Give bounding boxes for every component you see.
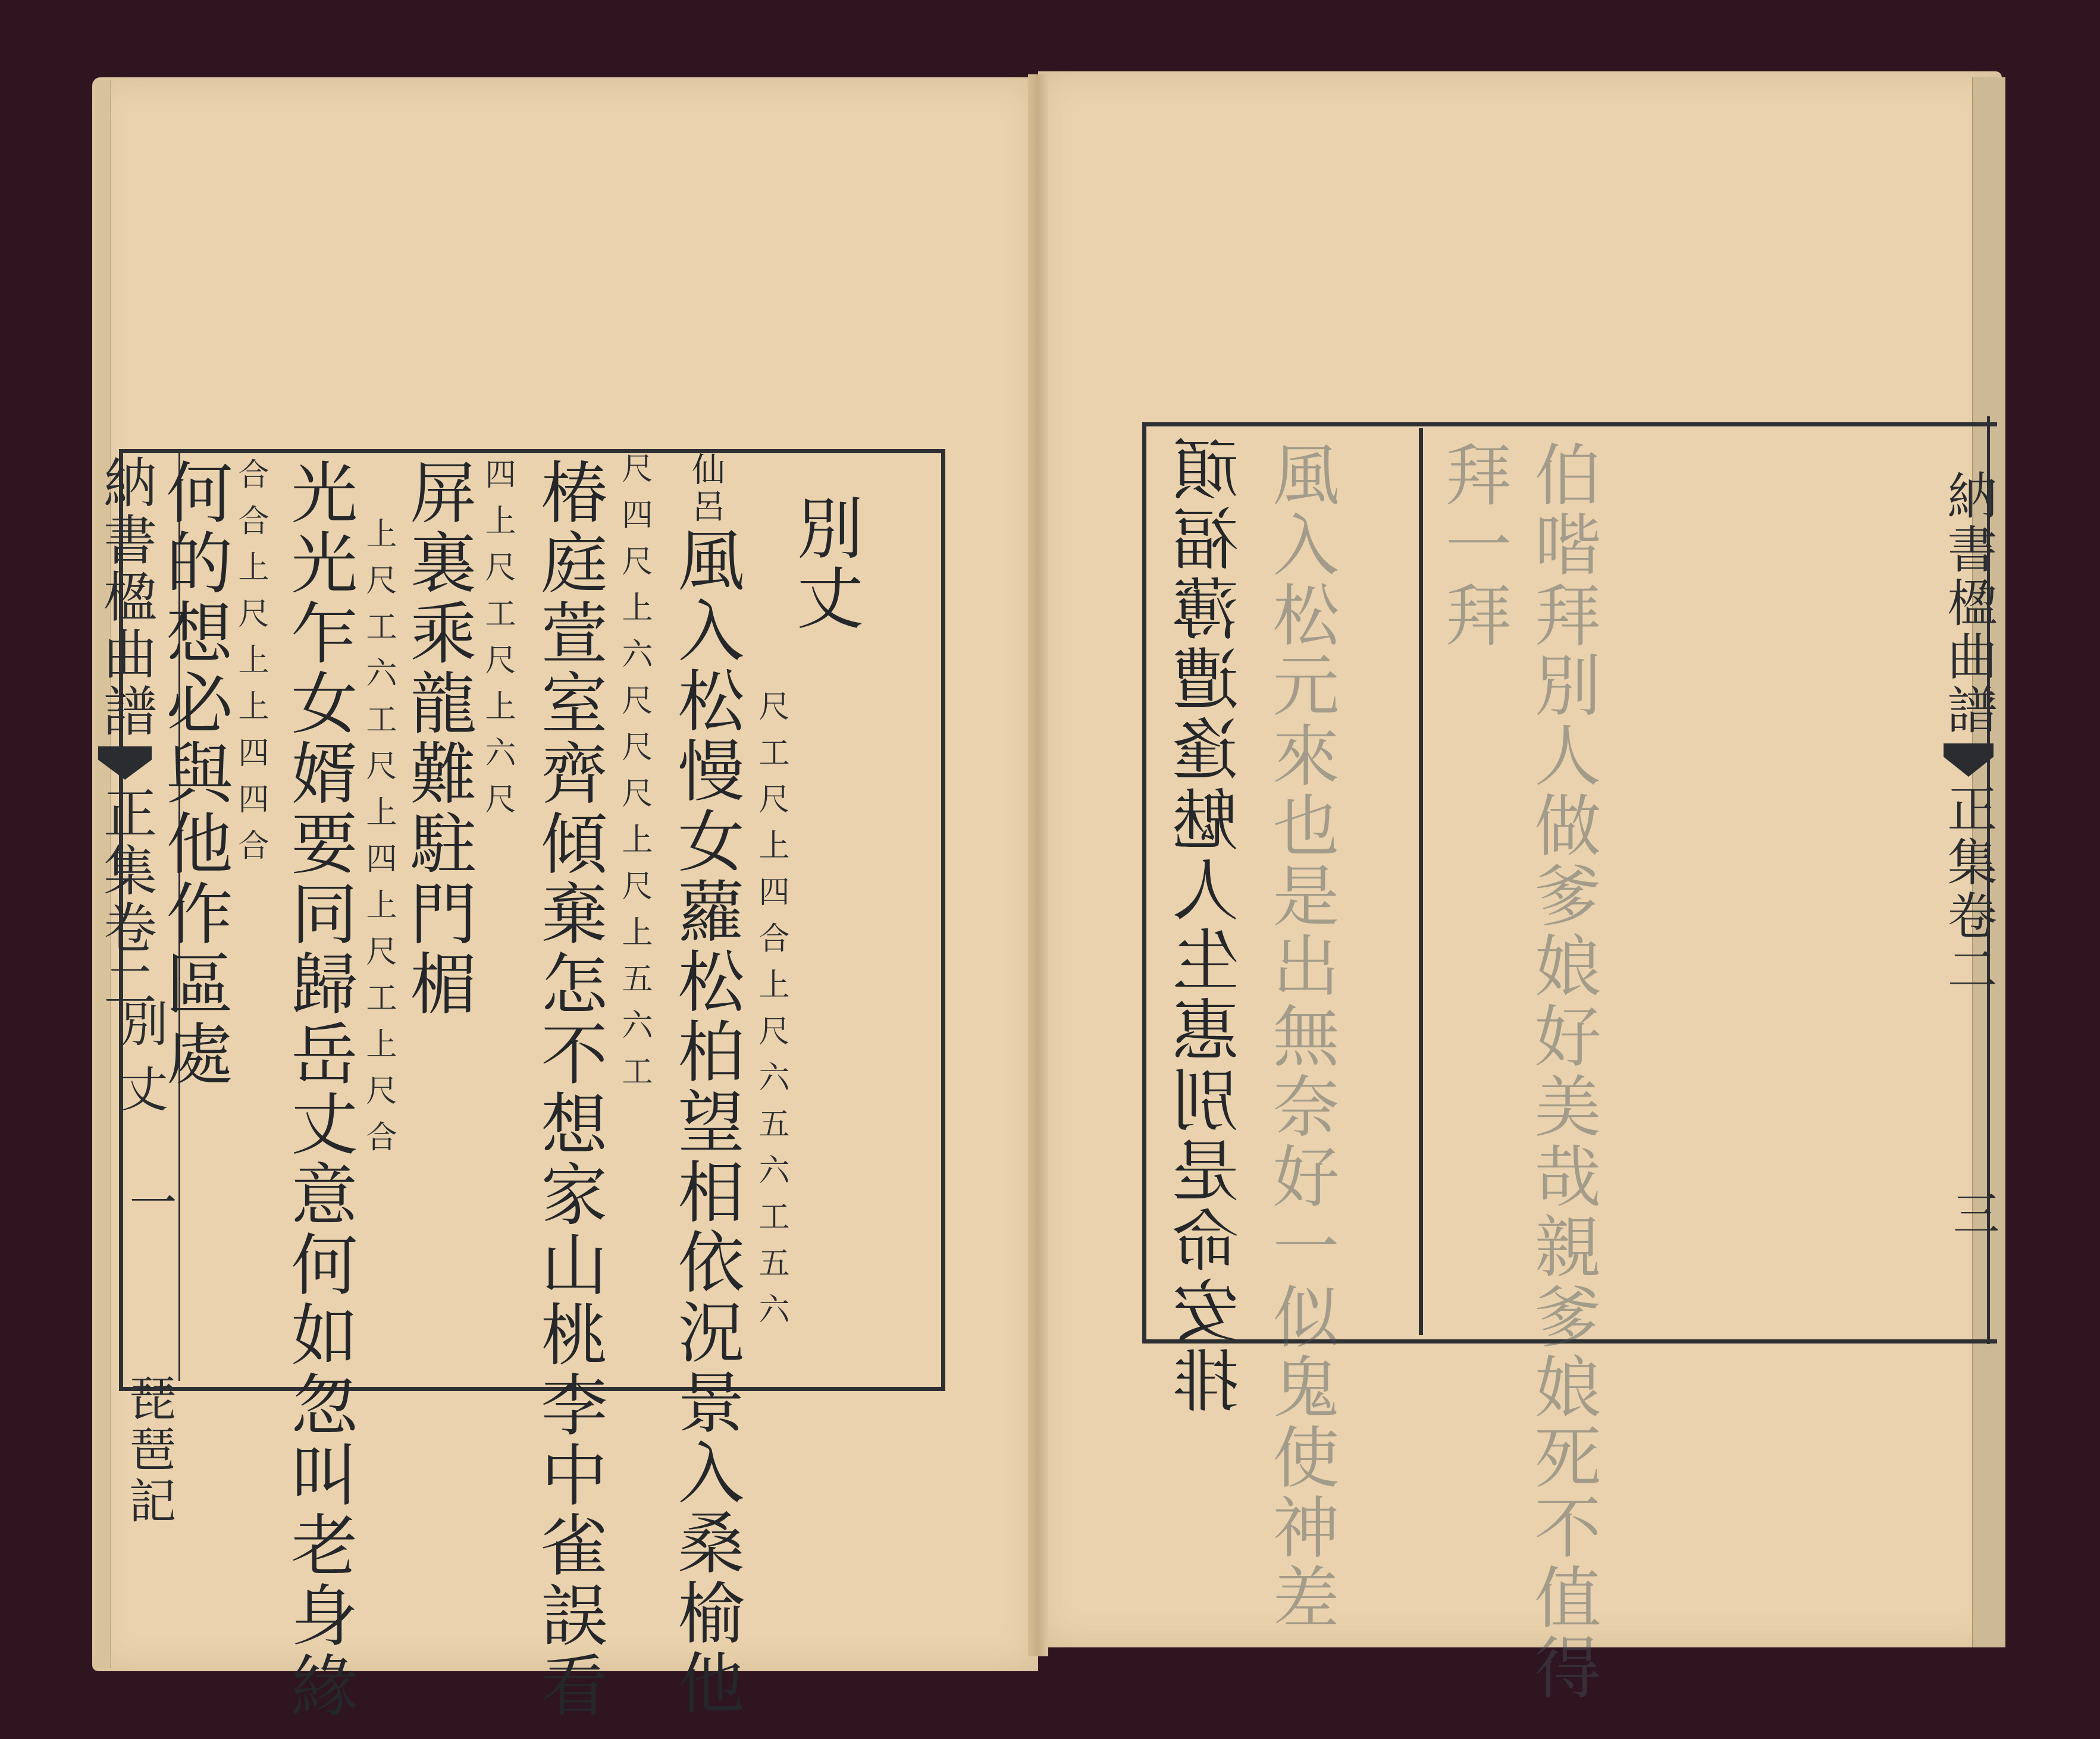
banxin-volume: 正集卷二 — [1939, 783, 1998, 997]
lyric-column: 椿庭萱室齊傾棄怎不想家山桃李中雀誤看 — [535, 458, 602, 1721]
banxin-book-title: 納書楹曲譜 — [1939, 470, 1998, 737]
banxin-page-number: 三 — [1945, 1189, 1999, 1239]
right-banxin-page: 三 — [1945, 1189, 1999, 1239]
left-banxin-play: 琵琶記 — [122, 1374, 174, 1527]
show-through-text: 頑福薄遭逢魅人生惠別是命安排 — [1173, 434, 1250, 1417]
left-banxin: 納書楹曲譜正集卷二 — [98, 455, 152, 1014]
book-gutter — [1028, 74, 1048, 1656]
notation-column: 尺四尺上六尺尺尺上尺上五六工 — [619, 452, 650, 1101]
fish-tail-mark — [1944, 743, 1994, 777]
mode-label: 仙呂 — [689, 452, 722, 526]
lyric-column: 何的想必與他作區處 — [161, 458, 227, 1090]
column-divider-rule — [1419, 428, 1423, 1335]
banxin-play-title: 琵琶記 — [121, 1374, 176, 1527]
lyric-column: 光光乍女婿要同歸岳丈意何如忽叫老身緣 — [286, 458, 352, 1721]
lyric-text: 風入松慢女蘿松柏望相依況景入桑榆他 — [667, 526, 744, 1719]
lyric-column: 屏裏乘龍難駐門楣 — [405, 458, 471, 1019]
notation-column: 上尺工六工尺上四上尺工上尺合 — [363, 517, 394, 1167]
banxin-book-title: 納書楹曲譜 — [94, 455, 156, 740]
banxin-page-number: 一 — [121, 1178, 177, 1229]
lyric-column: 仙呂風入松慢女蘿松柏望相依況景入桑榆他 — [672, 452, 739, 1719]
faint-lyric-column: 拜一拜 — [1440, 440, 1506, 651]
aria-title: 別丈 — [791, 494, 858, 634]
notation-column: 尺工尺上四合上尺六五六工五六 — [756, 690, 786, 1339]
left-banxin-page: 一 — [122, 1178, 175, 1229]
show-through-column: 頑福薄遭逢魅人生惠別是命安排 — [1178, 434, 1245, 1417]
fish-tail-mark — [98, 746, 152, 780]
right-banxin: 納書楹曲譜正集卷二 — [1942, 470, 1995, 997]
notation-column: 合合上尺上上四四合 — [235, 458, 266, 875]
notation-column: 四上尺工尺上六尺 — [482, 458, 513, 829]
faint-lyric-column: 伯喈拜別人做爹娘好美哉親爹娘死不值得 — [1529, 440, 1596, 1703]
faint-lyric-column: 風入松元來也是出無奈好一似鬼使神差 — [1267, 440, 1334, 1633]
banxin-volume: 正集卷二 — [94, 786, 156, 1014]
